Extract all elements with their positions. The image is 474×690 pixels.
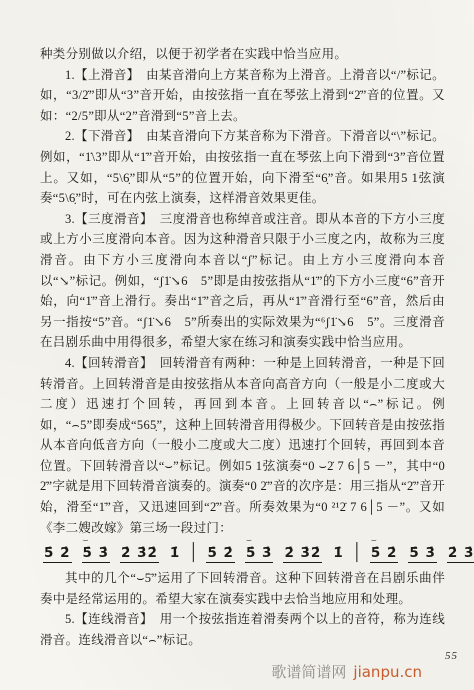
paragraph-upslide: 1.【上滑音】 由某音滑向上方某音称为上滑音。上滑音以“/”标记。如，“3/2̇… [40,65,445,127]
note-group: 2̇ 3̇2̇ [120,545,159,563]
paragraph-intro: 种类分别做以介绍，以便于初学者在实践中恰当应用。 [40,44,445,65]
barline: │ [189,537,198,570]
turn-slide-mark-icon: ⌣ [246,537,253,545]
note-group: 1̇ [332,545,344,562]
note-group: 5̇ 2̇ [206,545,235,563]
note-group: ⌣5̇ 3̇ [245,545,274,563]
turn-slide-mark-icon: ⌣ [83,537,90,545]
paragraph-turn-slide: 4.【回转滑音】 回转滑音有两种：一种是上回转滑音，一种是下回转滑音。上回转滑音… [40,353,445,538]
turn-slide-mark-icon: ⌣ [371,537,378,545]
watermark: 歌谱简谱网jianpu.cn [271,661,422,682]
note-group: 5̇ 3̇ [408,545,437,563]
watermark-site-url: jianpu.cn [353,663,422,681]
music-line: 5̇ 2̇⌣5̇ 3̇2̇ 3̇2̇1̇│5̇ 2̇⌣5̇ 3̇2̇ 3̇2̇1… [38,540,445,566]
paragraph-third-slide: 3.【三度滑音】 三度滑音也称绰音或注音。即从本音的下方小三度或上方小三度滑向本… [40,209,445,353]
watermark-site-name: 歌谱简谱网 [271,663,346,681]
paragraph-downslide: 2.【下滑音】 由某音滑向下方某音称为下滑音。下滑音以“\”标记。例如，“1̇\… [40,126,445,208]
paragraph-tie-slide: 5.【连线滑音】 用一个按弦指连着滑奏两个以上的音符，称为连线滑音。连线滑音以“… [40,609,445,650]
barline: │ [353,537,362,570]
page-number: 55 [445,650,458,662]
book-page: 种类分别做以介绍，以便于初学者在实践中恰当应用。 1.【上滑音】 由某音滑向上方… [0,0,474,690]
note-group: 2̇ 3̇2̇ [283,545,322,563]
paragraph-turn-slide-note: 其中的几个“⌣5̇”运用了下回转滑音。这种下回转滑音在吕剧乐曲伴奏中是经常运用的… [40,568,445,609]
note-group: ⌣5̇ 3̇ [82,545,111,563]
note-group: ⌣5̇ 2̇ [370,545,399,563]
text-block: 种类分别做以介绍，以便于初学者在实践中恰当应用。 1.【上滑音】 由某音滑向上方… [40,44,445,651]
note-group: 2̇ 3̇5̇ [447,545,474,563]
note-group: 1̇ [169,545,181,562]
note-group: 5̇ 2̇ [43,545,72,563]
